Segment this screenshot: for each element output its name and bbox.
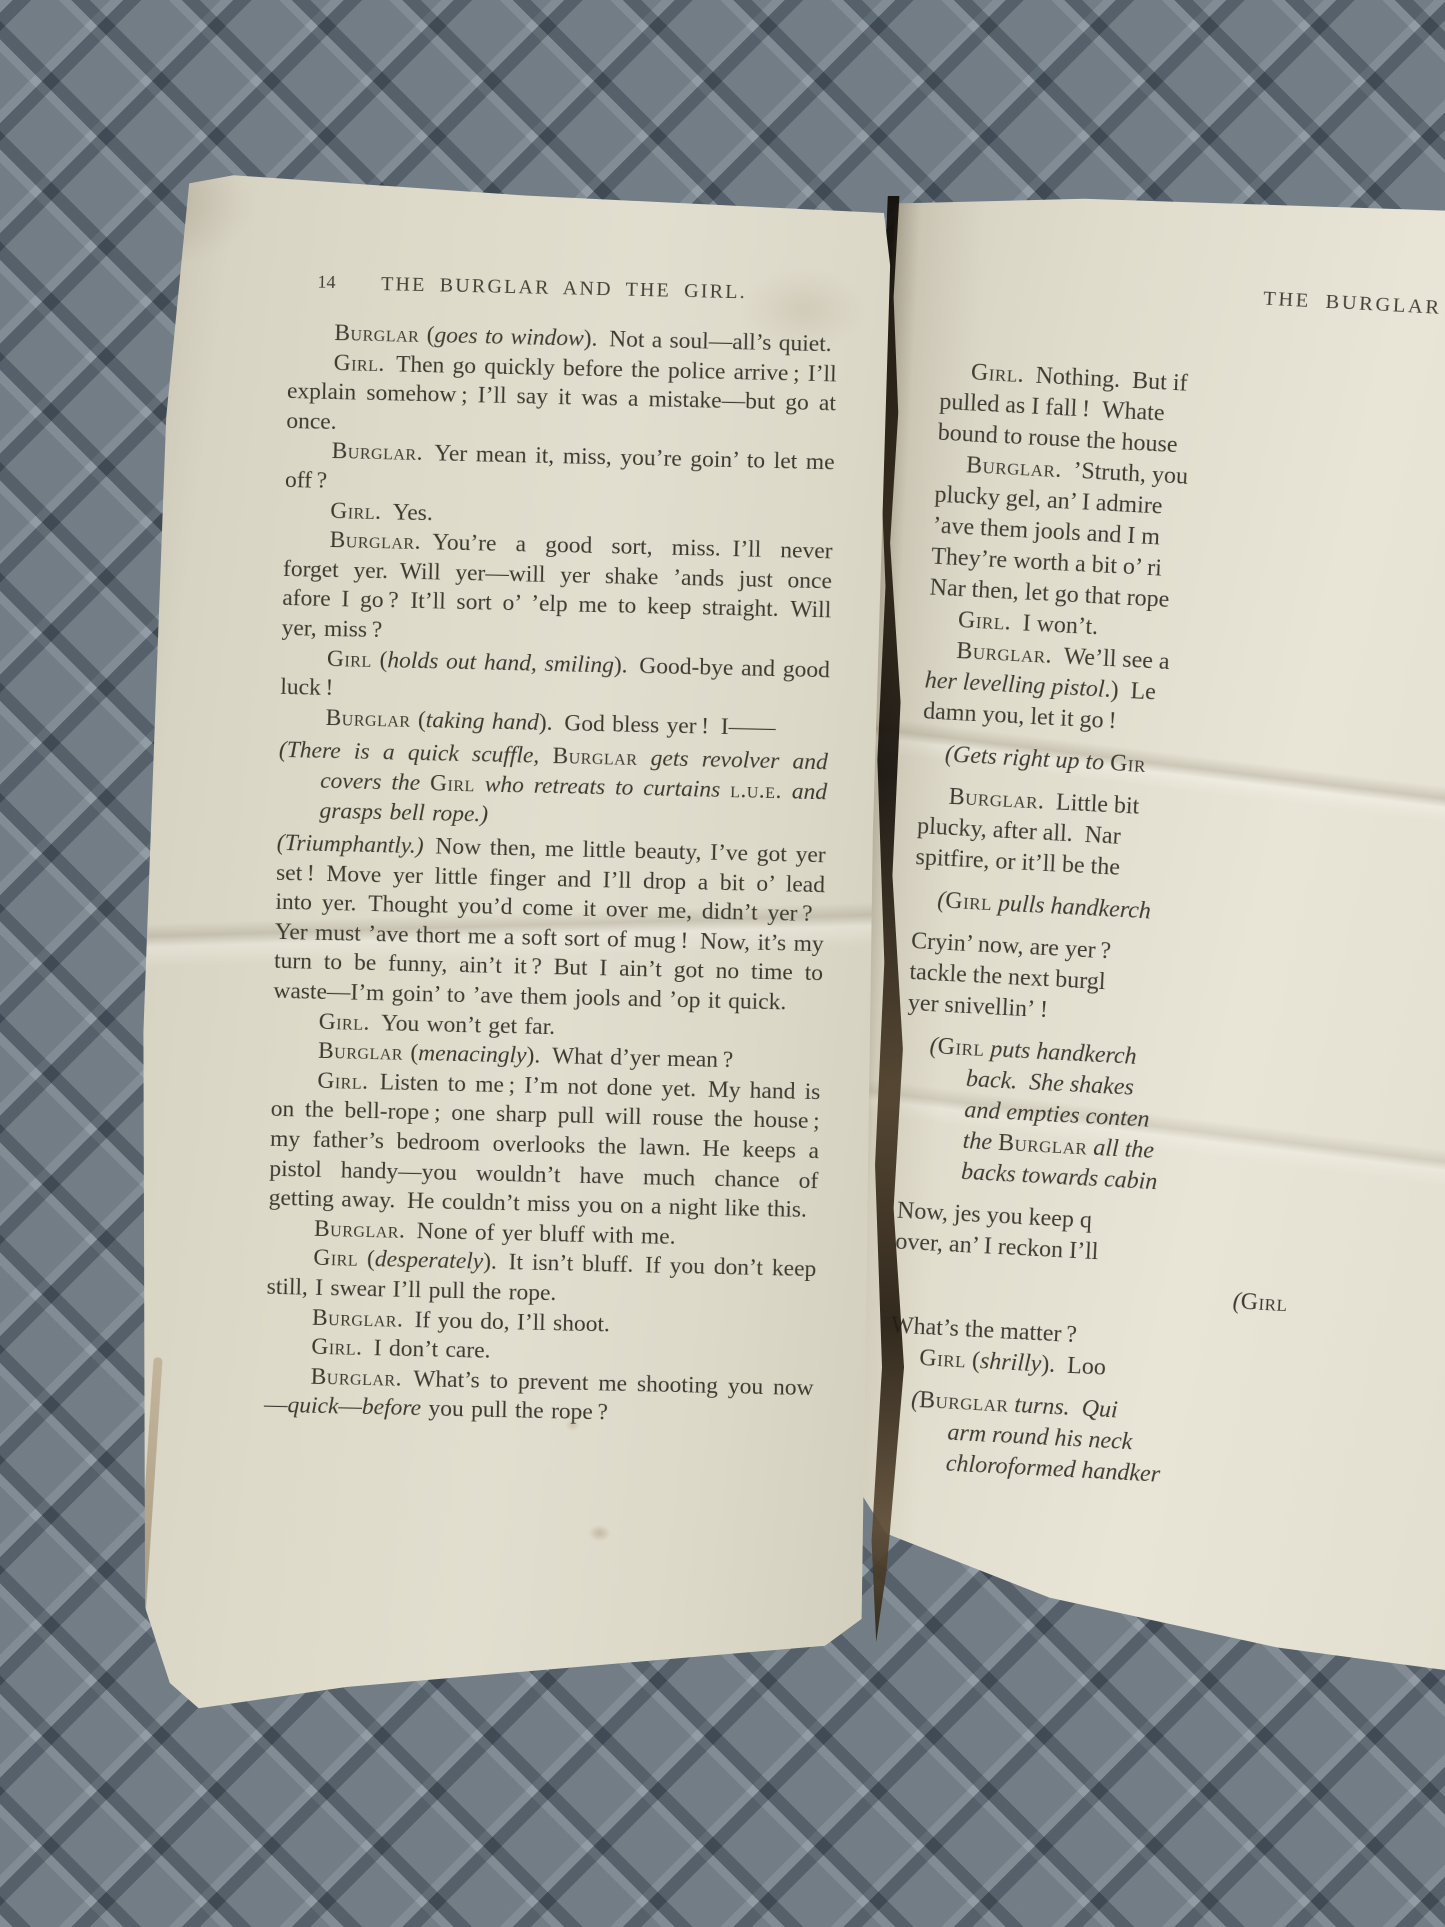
script-segment: ( [419, 322, 435, 348]
script-segment: Burglar [312, 1304, 398, 1332]
script-line: (Triumphantly.) Now then, me little beau… [273, 829, 826, 1019]
script-segment: ). What d’yer mean ? [526, 1043, 733, 1074]
script-segment: Burglar [334, 320, 420, 348]
script-segment: . I won’t. [1004, 609, 1099, 640]
script-segment: ( [371, 646, 387, 672]
script-segment: Burglar [314, 1216, 400, 1244]
script-segment: . You won’t get far. [363, 1009, 555, 1039]
script-segment: Burglar [552, 743, 638, 771]
script-segment: Burglar [318, 1038, 404, 1066]
script-segment: Now then, me little beauty, I’ve got yer… [273, 833, 826, 1015]
script-segment: puts handkerch [984, 1036, 1138, 1070]
script-segment: Girl [317, 1068, 362, 1095]
script-segment: Burglar [965, 452, 1056, 483]
script-segment: ). Loo [1041, 1351, 1107, 1380]
script-segment: Girl [919, 1345, 967, 1373]
script-segment: Girl [333, 350, 378, 377]
script-segment: ). God bless yer ! I—— [539, 709, 776, 740]
script-segment: Girl [430, 770, 475, 797]
script-line: Girl. Listen to me ; I’m not done yet. M… [268, 1066, 820, 1226]
script-segment: desperately [375, 1247, 484, 1275]
script-segment: Girl [1240, 1289, 1288, 1317]
page-number: 14 [317, 272, 335, 293]
script-segment: . If you do, I’ll shoot. [397, 1306, 610, 1337]
script-segment: What’s the matter ? [890, 1312, 1077, 1348]
script-segment: holds out hand, smiling [387, 647, 614, 678]
script-segment: taking hand [426, 707, 540, 736]
left-page: 14 THE BURGLAR AND THE GIRL. Burglar (go… [125, 172, 895, 1723]
script-segment: all the [1087, 1135, 1155, 1164]
script-segment: Burglar [997, 1130, 1088, 1161]
script-segment: Girl [957, 607, 1005, 635]
script-segment: Girl [970, 359, 1018, 387]
script-segment: . We’ll see a [1045, 643, 1170, 675]
script-segment: Burglar [329, 527, 415, 555]
right-page: THE BURGLAR A Girl. Nothing. But ifpulle… [817, 180, 1445, 1671]
script-segment: l.u.e. [730, 777, 782, 804]
script-segment: (There is a quick scuffle, [279, 737, 553, 769]
right-page-inner: THE BURGLAR A Girl. Nothing. But ifpulle… [825, 180, 1445, 1507]
script-segment: Girl [311, 1334, 356, 1361]
script-segment: . I don’t care. [356, 1335, 491, 1364]
script-segment: Girl [330, 498, 375, 525]
left-page-inner: 14 THE BURGLAR AND THE GIRL. Burglar (go… [132, 172, 895, 1434]
script-segment: ). Not a soul—all’s quiet. [583, 326, 831, 358]
script-segment: . Little bit [1037, 788, 1140, 819]
script-segment: — [338, 1394, 362, 1421]
script-segment: ( [403, 1040, 419, 1066]
script-segment: ( [965, 1347, 980, 1374]
script-segment: shrilly [979, 1348, 1042, 1377]
script-segment: who retreats to curtains [475, 771, 731, 803]
right-running-title: THE BURGLAR A [1263, 288, 1445, 325]
script-segment: Burglar [948, 784, 1039, 815]
script-line: Girl. Then go quickly before the police … [286, 348, 837, 449]
script-segment: (Triumphantly.) [277, 830, 424, 859]
script-segment: . ’Struth, you [1055, 457, 1189, 490]
script-segment: turns. Qui [1008, 1392, 1119, 1424]
script-segment: menacingly [418, 1040, 527, 1068]
script-segment: Girl [945, 888, 993, 916]
script-segment: yer snivellin’ ! [907, 990, 1048, 1023]
left-page-text: Burglar (goes to window). Not a soul—all… [264, 318, 838, 1433]
script-segment: Gir [1109, 750, 1146, 778]
script-segment: pulls handkerch [991, 890, 1151, 924]
script-segment: Girl [318, 1008, 363, 1035]
left-page-header: 14 THE BURGLAR AND THE GIRL. [289, 271, 838, 306]
left-running-title: THE BURGLAR AND THE GIRL. [381, 273, 747, 303]
script-line: (Girl [1232, 1286, 1445, 1330]
script-segment: . None of yer bluff with me. [399, 1218, 676, 1250]
script-segment: before [362, 1394, 422, 1421]
script-line: (There is a quick scuffle, Burglar gets … [319, 737, 828, 837]
script-line: Burglar. You’re a good sort, miss. I’ll … [281, 525, 833, 656]
script-segment: ( [358, 1246, 375, 1272]
right-page-text: Girl. Nothing. But ifpulled as I fall ! … [883, 356, 1445, 1507]
script-segment: Girl [313, 1245, 358, 1272]
script-segment: Burglar [325, 705, 411, 733]
script-segment: Girl [937, 1034, 985, 1062]
script-segment: Burglar [956, 638, 1047, 669]
script-segment: . Yes. [375, 499, 433, 526]
script-segment: Burglar [310, 1364, 396, 1392]
script-segment: ( [410, 707, 426, 733]
script-segment: .) Le [1104, 677, 1157, 706]
script-segment: goes to window [434, 322, 584, 351]
script-segment: Burglar [919, 1387, 1010, 1418]
script-segment: you pull the rope ? [421, 1396, 608, 1426]
script-segment: (Gets right up to [944, 742, 1110, 777]
script-segment: Girl [327, 645, 372, 672]
script-segment: the [962, 1128, 999, 1156]
script-line: Burglar. What’s to prevent me shooting y… [264, 1361, 814, 1433]
script-segment: quick [287, 1393, 338, 1420]
script-segment: Burglar [331, 438, 417, 466]
